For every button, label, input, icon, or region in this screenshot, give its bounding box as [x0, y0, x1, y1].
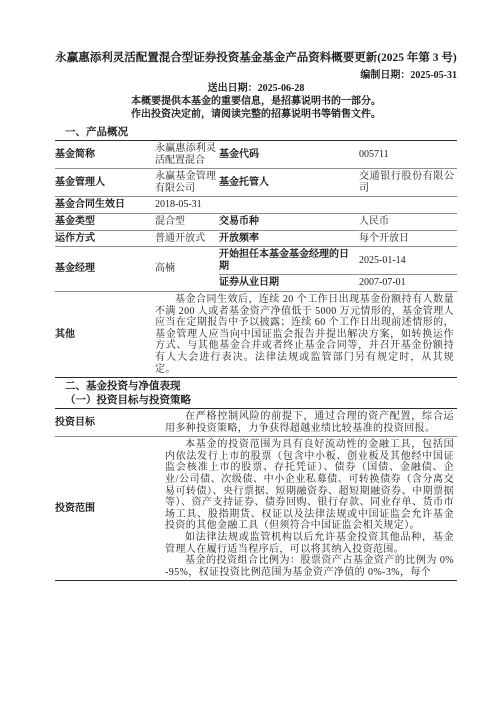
scope-paragraph-2: 如法律法规或监管机构以后允许基金投资其他品种，基金管理人在履行适当程序后，可以将… — [165, 532, 454, 555]
notice-line-2: 作出投资决定前，请阅读完整的招募说明书等销售文件。 — [55, 108, 457, 121]
table-row: 基金类型 混合型 交易币种 人民币 — [55, 213, 457, 230]
currency-value: 人民币 — [359, 213, 457, 230]
section-heading-product-overview: 一、产品概况 — [55, 126, 457, 140]
objective-paragraph: 在严格控制风险的前提下，通过合理的资产配置，综合运用多种投资策略，力争获得超越业… — [165, 411, 454, 434]
prepared-date: 编制日期：2025-05-31 — [55, 69, 457, 82]
manager-value: 永赢基金管理有限公司 — [155, 169, 219, 197]
fund-code-value: 005711 — [359, 141, 457, 169]
contract-date-value: 2018-05-31 — [155, 197, 457, 214]
table-row: 运作方式 普通开放式 开放频率 每个开放日 — [55, 230, 457, 247]
contract-date-label: 基金合同生效日 — [55, 197, 155, 214]
table-row: 基金经理 高楠 开始担任本基金基金经理的日期 2025-01-14 — [55, 247, 457, 275]
operation-mode-value: 普通开放式 — [155, 230, 219, 247]
other-label: 其他 — [55, 291, 155, 377]
notice-line-1: 本概要提供本基金的重要信息，是招募说明书的一部分。 — [55, 95, 457, 108]
fund-short-name-value: 永赢惠添利灵活配置混合 — [155, 141, 219, 169]
table-row: 基金合同生效日 2018-05-31 — [55, 197, 457, 214]
subsection-heading-objective-strategy: （一）投资目标与投资策略 — [55, 394, 457, 408]
other-paragraph: 基金合同生效后，连续 20 个工作日出现基金份额持有人数量不满 200 人或者基… — [155, 294, 454, 375]
investment-scope-label: 投资范围 — [55, 437, 165, 581]
fund-type-label: 基金类型 — [55, 213, 155, 230]
document-content: 永赢惠添利灵活配置混合型证券投资基金基金产品资料概要更新(2025 年第 3 号… — [55, 0, 457, 581]
scope-paragraph-1: 本基金的投资范围为具有良好流动性的金融工具，包括国内依法发行上市的股票（包含中小… — [165, 439, 454, 532]
currency-label: 交易币种 — [219, 213, 359, 230]
investment-objective-value: 在严格控制风险的前提下，通过合理的资产配置，综合运用多种投资策略，力争获得超越业… — [165, 409, 457, 437]
fund-short-name-label: 基金简称 — [55, 141, 155, 169]
operation-mode-label: 运作方式 — [55, 230, 155, 247]
scope-paragraph-3: 基金的投资组合比例为：股票资产占基金资产的比例为 0%-95%，权证投资比例范围… — [165, 555, 454, 578]
table-row: 投资范围 本基金的投资范围为具有良好流动性的金融工具，包括国内依法发行上市的股票… — [55, 437, 457, 581]
page-title: 永赢惠添利灵活配置混合型证券投资基金基金产品资料概要更新(2025 年第 3 号… — [55, 50, 457, 66]
custodian-label: 基金托管人 — [219, 169, 359, 197]
document-page: 永赢惠添利灵活配置混合型证券投资基金基金产品资料概要更新(2025 年第 3 号… — [0, 0, 500, 707]
table-row: 基金管理人 永赢基金管理有限公司 基金托管人 交通银行股份有限公司 — [55, 169, 457, 197]
practice-date-value: 2007-07-01 — [359, 275, 457, 292]
other-value: 基金合同生效后，连续 20 个工作日出现基金份额持有人数量不满 200 人或者基… — [155, 291, 457, 377]
manager-start-date-value: 2025-01-14 — [359, 247, 457, 275]
investment-objective-table: 投资目标 在严格控制风险的前提下，通过合理的资产配置，综合运用多种投资策略，力争… — [55, 408, 457, 581]
fund-manager-label: 基金经理 — [55, 247, 155, 292]
fund-type-value: 混合型 — [155, 213, 219, 230]
manager-start-date-label: 开始担任本基金基金经理的日期 — [219, 247, 359, 275]
table-row: 基金简称 永赢惠添利灵活配置混合 基金代码 005711 — [55, 141, 457, 169]
manager-label: 基金管理人 — [55, 169, 155, 197]
open-frequency-label: 开放频率 — [219, 230, 359, 247]
investment-scope-value: 本基金的投资范围为具有良好流动性的金融工具，包括国内依法发行上市的股票（包含中小… — [165, 437, 457, 581]
fund-manager-value: 高楠 — [155, 247, 219, 292]
sent-date: 送出日期：2025-06-28 — [55, 82, 457, 95]
table-row: 投资目标 在严格控制风险的前提下，通过合理的资产配置，综合运用多种投资策略，力争… — [55, 409, 457, 437]
open-frequency-value: 每个开放日 — [359, 230, 457, 247]
product-overview-table: 基金简称 永赢惠添利灵活配置混合 基金代码 005711 基金管理人 永赢基金管… — [55, 140, 457, 378]
table-row: 其他 基金合同生效后，连续 20 个工作日出现基金份额持有人数量不满 200 人… — [55, 291, 457, 377]
section-heading-investment: 二、基金投资与净值表现 — [55, 380, 457, 394]
investment-objective-label: 投资目标 — [55, 409, 165, 437]
fund-code-label: 基金代码 — [219, 141, 359, 169]
custodian-value: 交通银行股份有限公司 — [359, 169, 457, 197]
practice-date-label: 证券从业日期 — [219, 275, 359, 292]
